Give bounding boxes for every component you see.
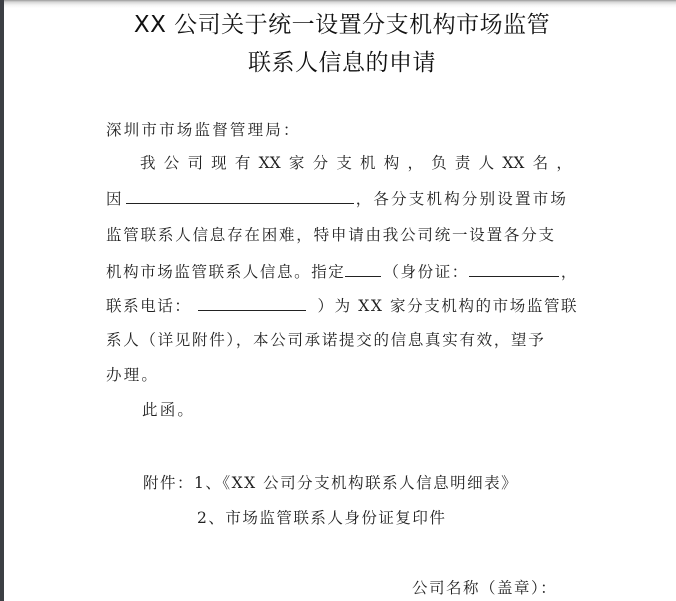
body-line-1-token: 我 <box>140 153 156 173</box>
attachment-item-1: 1、《XX 公司分支机构联系人信息明细表》 <box>194 474 518 492</box>
body-line-1-token: 支 <box>336 153 352 173</box>
body-line-1-token: ， <box>556 153 572 173</box>
viewer-left-edge <box>0 0 4 601</box>
body-line-1-token: XX <box>259 153 281 173</box>
body-line-1-token: 负 <box>431 153 447 173</box>
body-line-4-mid: （身份证： <box>383 263 469 281</box>
body-line-1-token: ， <box>407 153 423 173</box>
body-line-2: 因，各分支机构分别设置市场 <box>106 187 576 209</box>
addressee: 深圳市市场监督管理局： <box>106 120 576 140</box>
body-line-1-token: 责 <box>455 153 471 173</box>
body-line-5-prefix: 联系电话： <box>106 297 192 315</box>
body-line-6: 系人（详见附件），本公司承诺提交的信息真实有效，望予 <box>106 330 576 350</box>
body-line-1-token: 现 <box>211 153 227 173</box>
body-line-2-suffix: ，各分支机构分别设置市场 <box>356 190 568 208</box>
body-line-5-suffix: ）为 XX 家分支机构的市场监管联 <box>318 297 579 315</box>
document-title-line-1: XX 公司关于统一设置分支机构市场监管 <box>4 6 676 39</box>
body-line-4-suffix: ， <box>561 263 578 281</box>
phone-blank[interactable] <box>198 294 306 311</box>
body-line-1-token: 人 <box>479 153 495 173</box>
closing-text: 此函。 <box>142 400 612 420</box>
body-line-5: 联系电话：）为 XX 家分支机构的市场监管联 <box>106 294 576 316</box>
designee-name-blank[interactable] <box>345 260 381 277</box>
reason-blank[interactable] <box>126 187 354 204</box>
body-line-1-token: 名 <box>533 153 549 173</box>
body-line-1: 我公司现有XX家分支机构，负责人XX名， <box>140 153 572 173</box>
id-number-blank[interactable] <box>469 260 559 277</box>
body-line-7: 办理。 <box>106 365 576 385</box>
attachments-label: 附件： <box>143 474 194 492</box>
attachments-line-1: 附件：1、《XX 公司分支机构联系人信息明细表》 <box>143 473 613 493</box>
body-line-4-prefix: 机构市场监管联系人信息。指定 <box>106 263 345 281</box>
body-line-2-prefix: 因 <box>106 190 124 208</box>
body-line-1-token: 机 <box>360 153 376 173</box>
document-title-line-2: 联系人信息的申请 <box>4 44 676 77</box>
body-line-1-token: 家 <box>289 153 305 173</box>
body-line-1-token: 公 <box>164 153 180 173</box>
attachment-item-2: 2、市场监管联系人身份证复印件 <box>197 508 667 528</box>
body-line-3: 监管联系人信息存在困难，特申请由我公司统一设置各分支 <box>106 225 576 245</box>
body-line-1-token: 构 <box>384 153 400 173</box>
body-line-1-token: 司 <box>187 153 203 173</box>
company-name-seal-label: 公司名称（盖章）： <box>412 578 676 598</box>
body-line-1-token: XX <box>502 153 524 173</box>
body-line-1-token: 分 <box>313 153 329 173</box>
body-line-1-token: 有 <box>235 153 251 173</box>
body-line-4: 机构市场监管联系人信息。指定（身份证：， <box>106 260 576 282</box>
